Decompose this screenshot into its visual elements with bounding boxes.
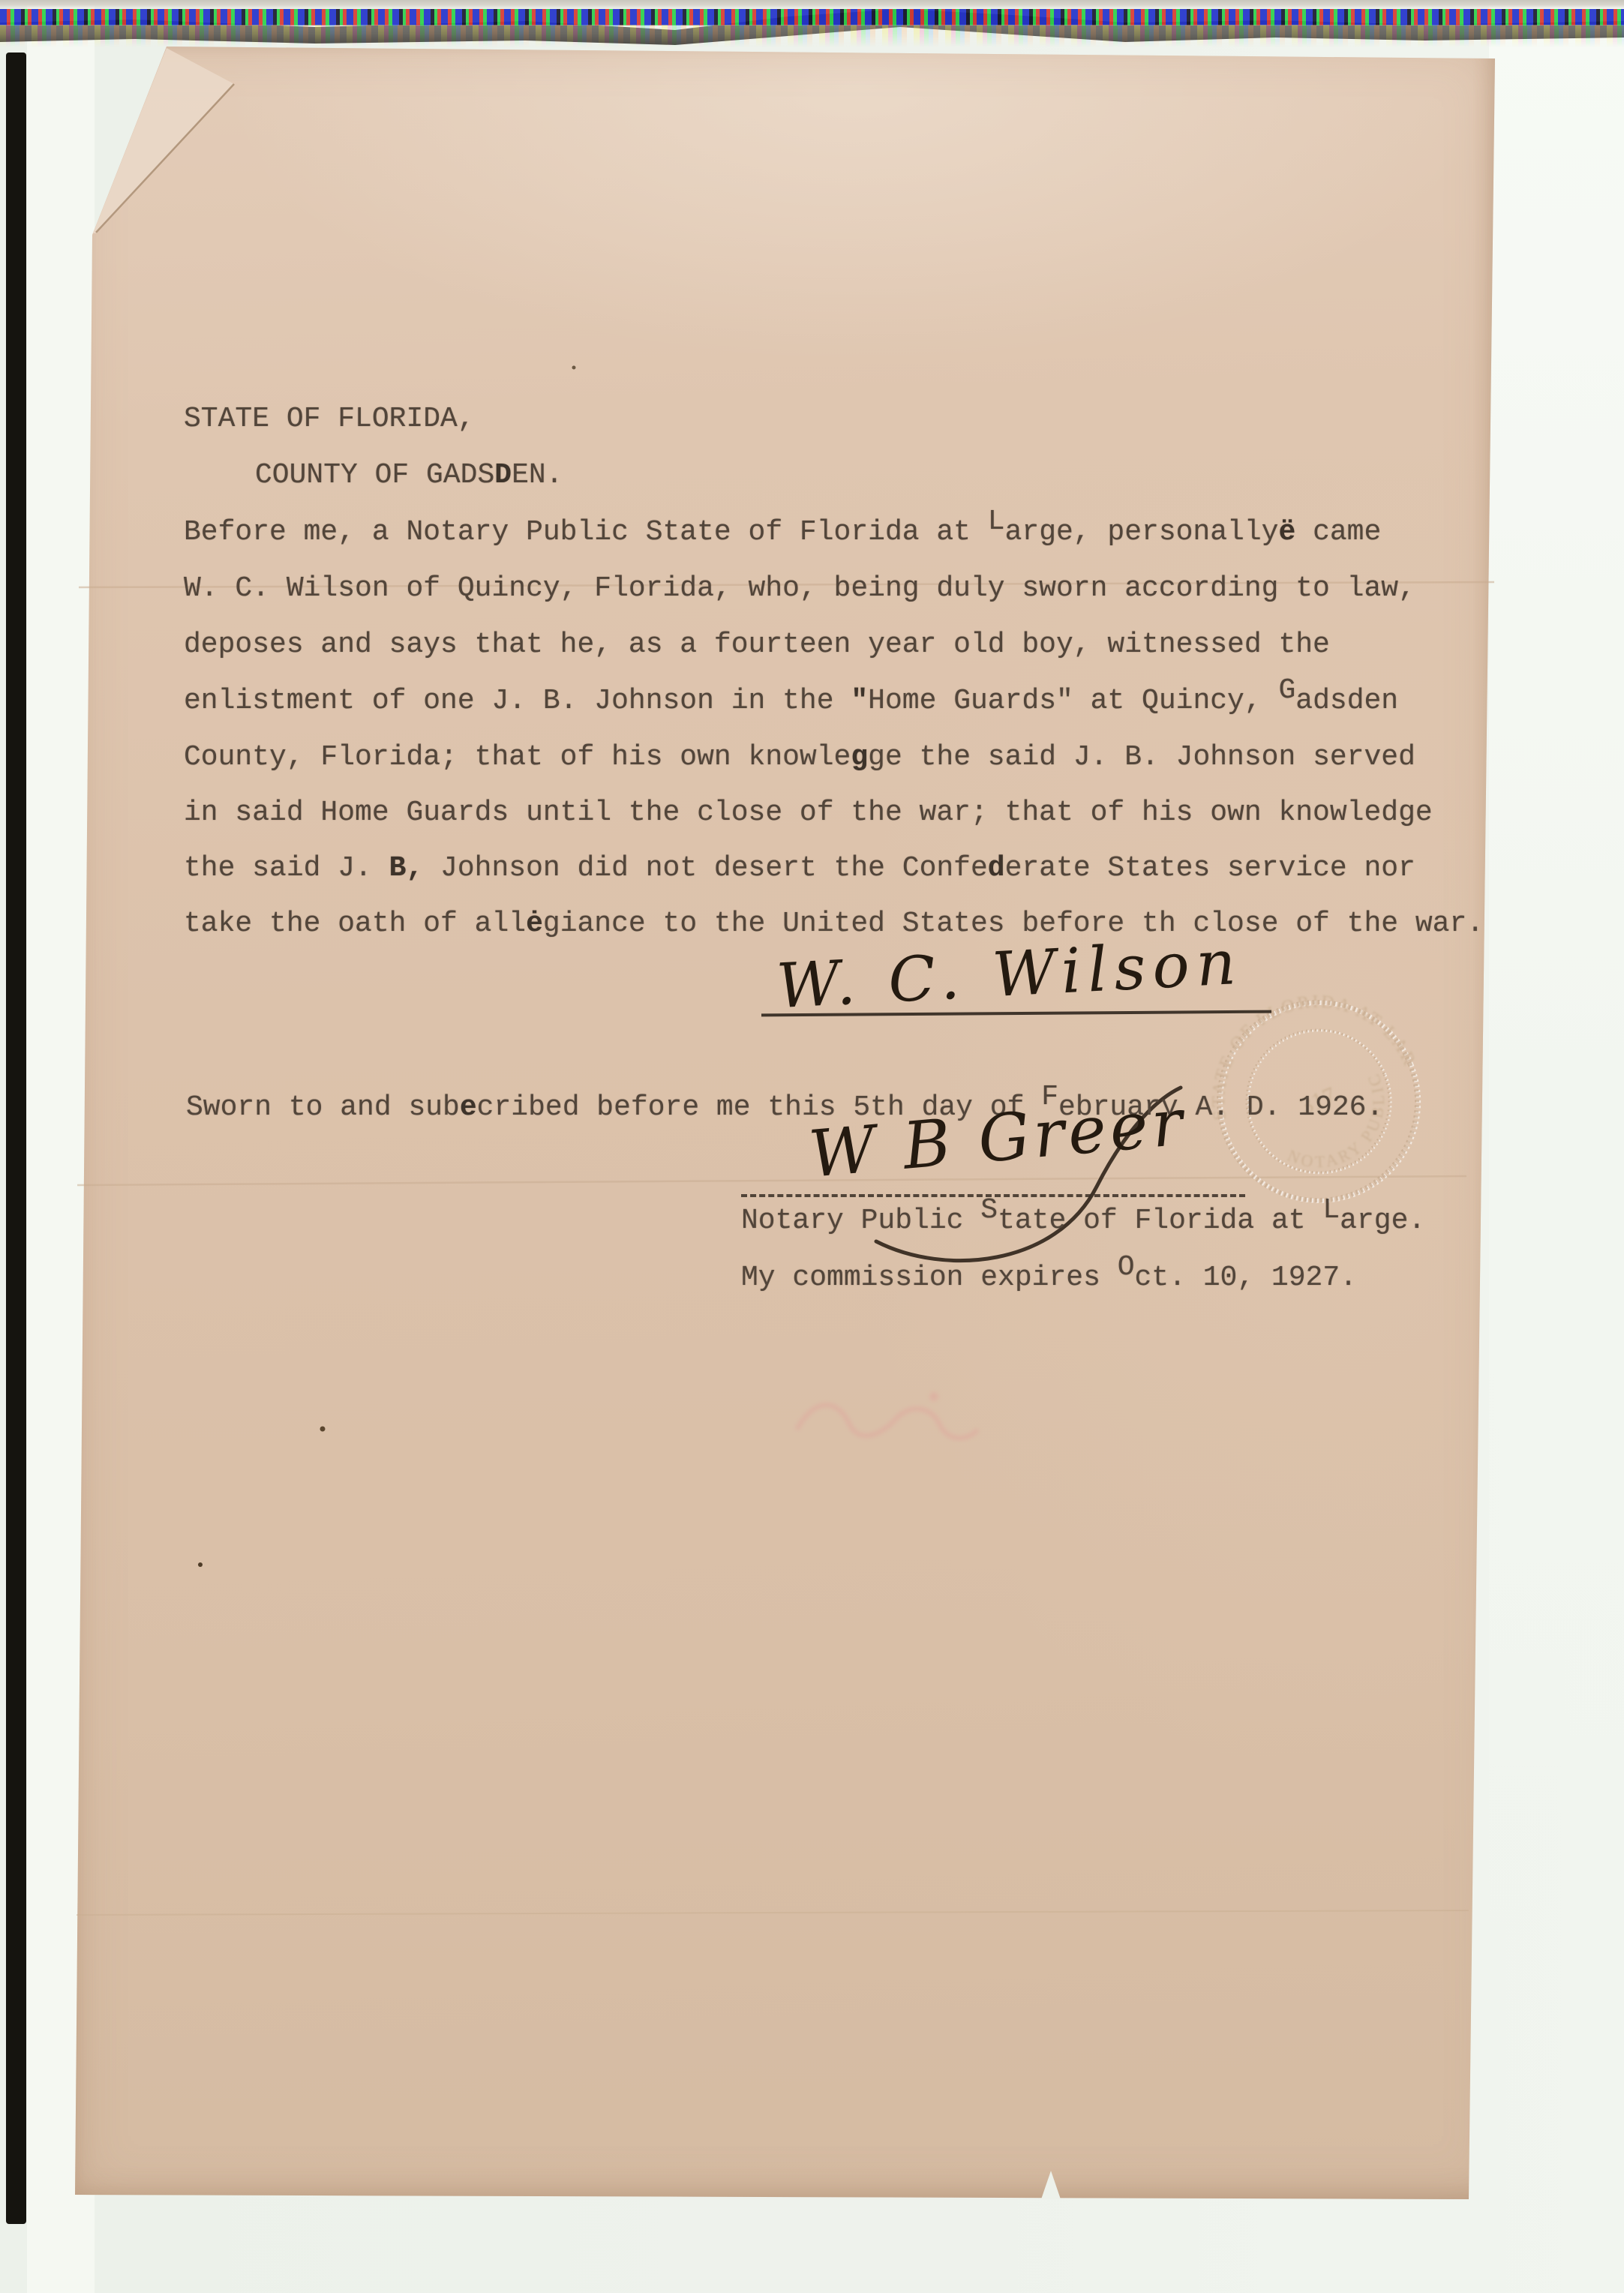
heading-state-line: STATE OF FLORIDA,: [184, 403, 475, 435]
heading-county-line: COUNTY OF GADSDEN.: [255, 459, 563, 491]
body-line: Before me, a Notary Public State of Flor…: [184, 516, 1381, 548]
scanner-margin-right: [1489, 0, 1624, 1950]
scan-top-fuzz: [0, 0, 1624, 9]
body-line: W. C. Wilson of Quincy, Florida, who, be…: [184, 572, 1415, 605]
scanner-edge-strip: [6, 53, 26, 2224]
jurat-line: Sworn to and subecribed before me this 5…: [186, 1091, 1383, 1124]
body-line: take the oath of allėgiance to the Unite…: [184, 908, 1484, 940]
body-line: in said Home Guards until the close of t…: [184, 797, 1433, 829]
rainbow-artifact-fringe: [0, 25, 1624, 47]
notary-signature-underline: [741, 1194, 1245, 1197]
scanned-document: STATE OF FLORIDA AT LARGE NOTARY PUBLIC …: [0, 0, 1624, 2293]
body-line: County, Florida; that of his own knowleg…: [184, 741, 1415, 773]
svg-text:NOTARY PUBLIC: NOTARY PUBLIC: [1265, 1069, 1409, 1186]
body-line: deposes and says that he, as a fourteen …: [184, 629, 1330, 661]
notary-title-line: Notary Public State of Florida at Large.: [741, 1205, 1425, 1237]
body-line: the said J. B, Johnson did not desert th…: [184, 852, 1415, 884]
commission-expiry-line: My commission expires Oct. 10, 1927.: [741, 1262, 1357, 1294]
seal-inner-text: NOTARY PUBLIC: [1265, 1069, 1409, 1186]
rainbow-artifact-strip: [0, 9, 1624, 26]
body-line: enlistment of one J. B. Johnson in the "…: [184, 685, 1398, 717]
